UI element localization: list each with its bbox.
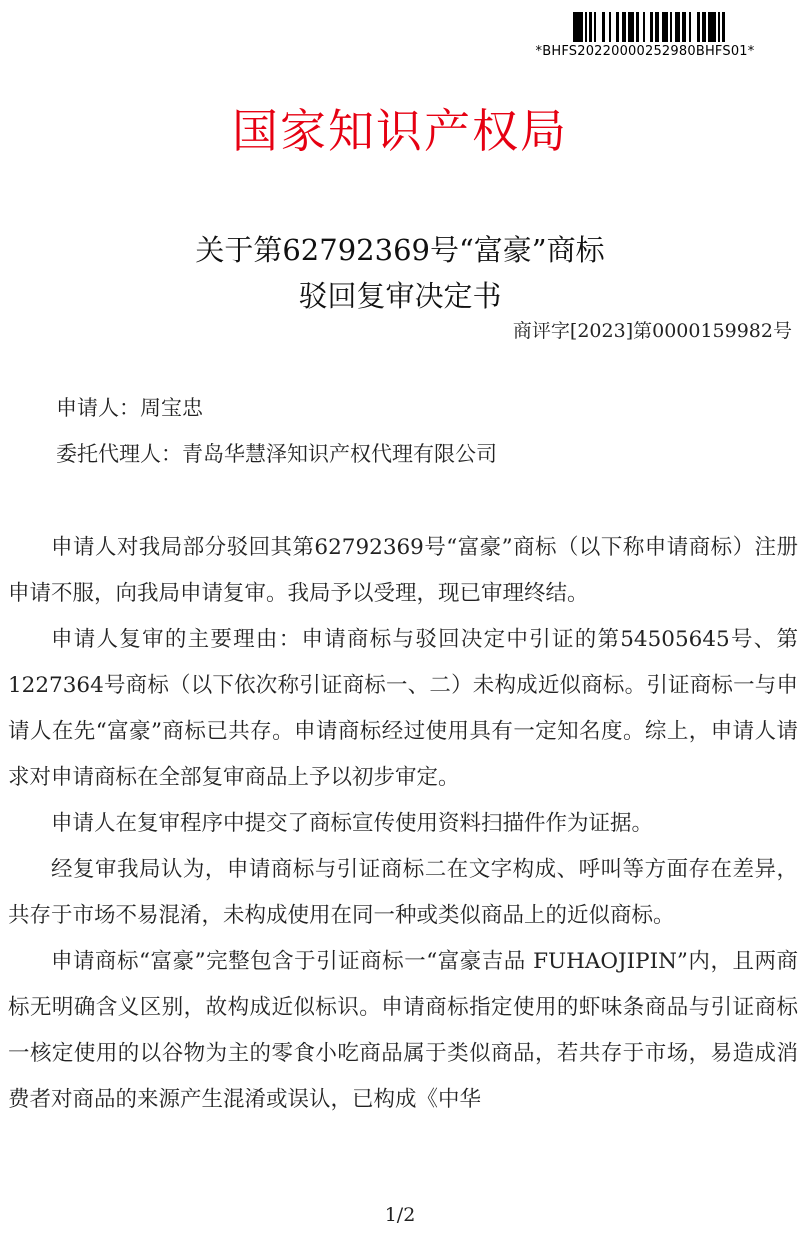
document-body: 申请人对我局部分驳回其第62792369号“富豪”商标（以下称申请商标）注册申请… bbox=[8, 525, 798, 1123]
document-title-line1: 关于第62792369号“富豪”商标 bbox=[0, 228, 800, 269]
page-number: 1/2 bbox=[0, 1204, 800, 1226]
applicant: 申请人：周宝忠 bbox=[56, 392, 203, 422]
paragraph: 申请人在复审程序中提交了商标宣传使用资料扫描件作为证据。 bbox=[8, 801, 798, 847]
agent: 委托代理人：青岛华慧泽知识产权代理有限公司 bbox=[56, 438, 497, 468]
paragraph: 经复审我局认为，申请商标与引证商标二在文字构成、呼叫等方面存在差异，共存于市场不… bbox=[8, 847, 798, 939]
document-number: 商评字[2023]第0000159982号 bbox=[513, 316, 792, 343]
barcode-bars bbox=[510, 12, 790, 42]
paragraph: 申请人复审的主要理由：申请商标与驳回决定中引证的第54505645号、第1227… bbox=[8, 617, 798, 801]
paragraph: 申请商标“富豪”完整包含于引证商标一“富豪吉品 FUHAOJIPIN”内，且两商… bbox=[8, 939, 798, 1123]
barcode-text: *BHFS20220000252980BHFS01* bbox=[500, 44, 790, 59]
paragraph: 申请人对我局部分驳回其第62792369号“富豪”商标（以下称申请商标）注册申请… bbox=[8, 525, 798, 617]
agency-name: 国家知识产权局 bbox=[0, 95, 800, 161]
barcode: *BHFS20220000252980BHFS01* bbox=[500, 12, 790, 59]
document-title-line2: 驳回复审决定书 bbox=[0, 274, 800, 315]
